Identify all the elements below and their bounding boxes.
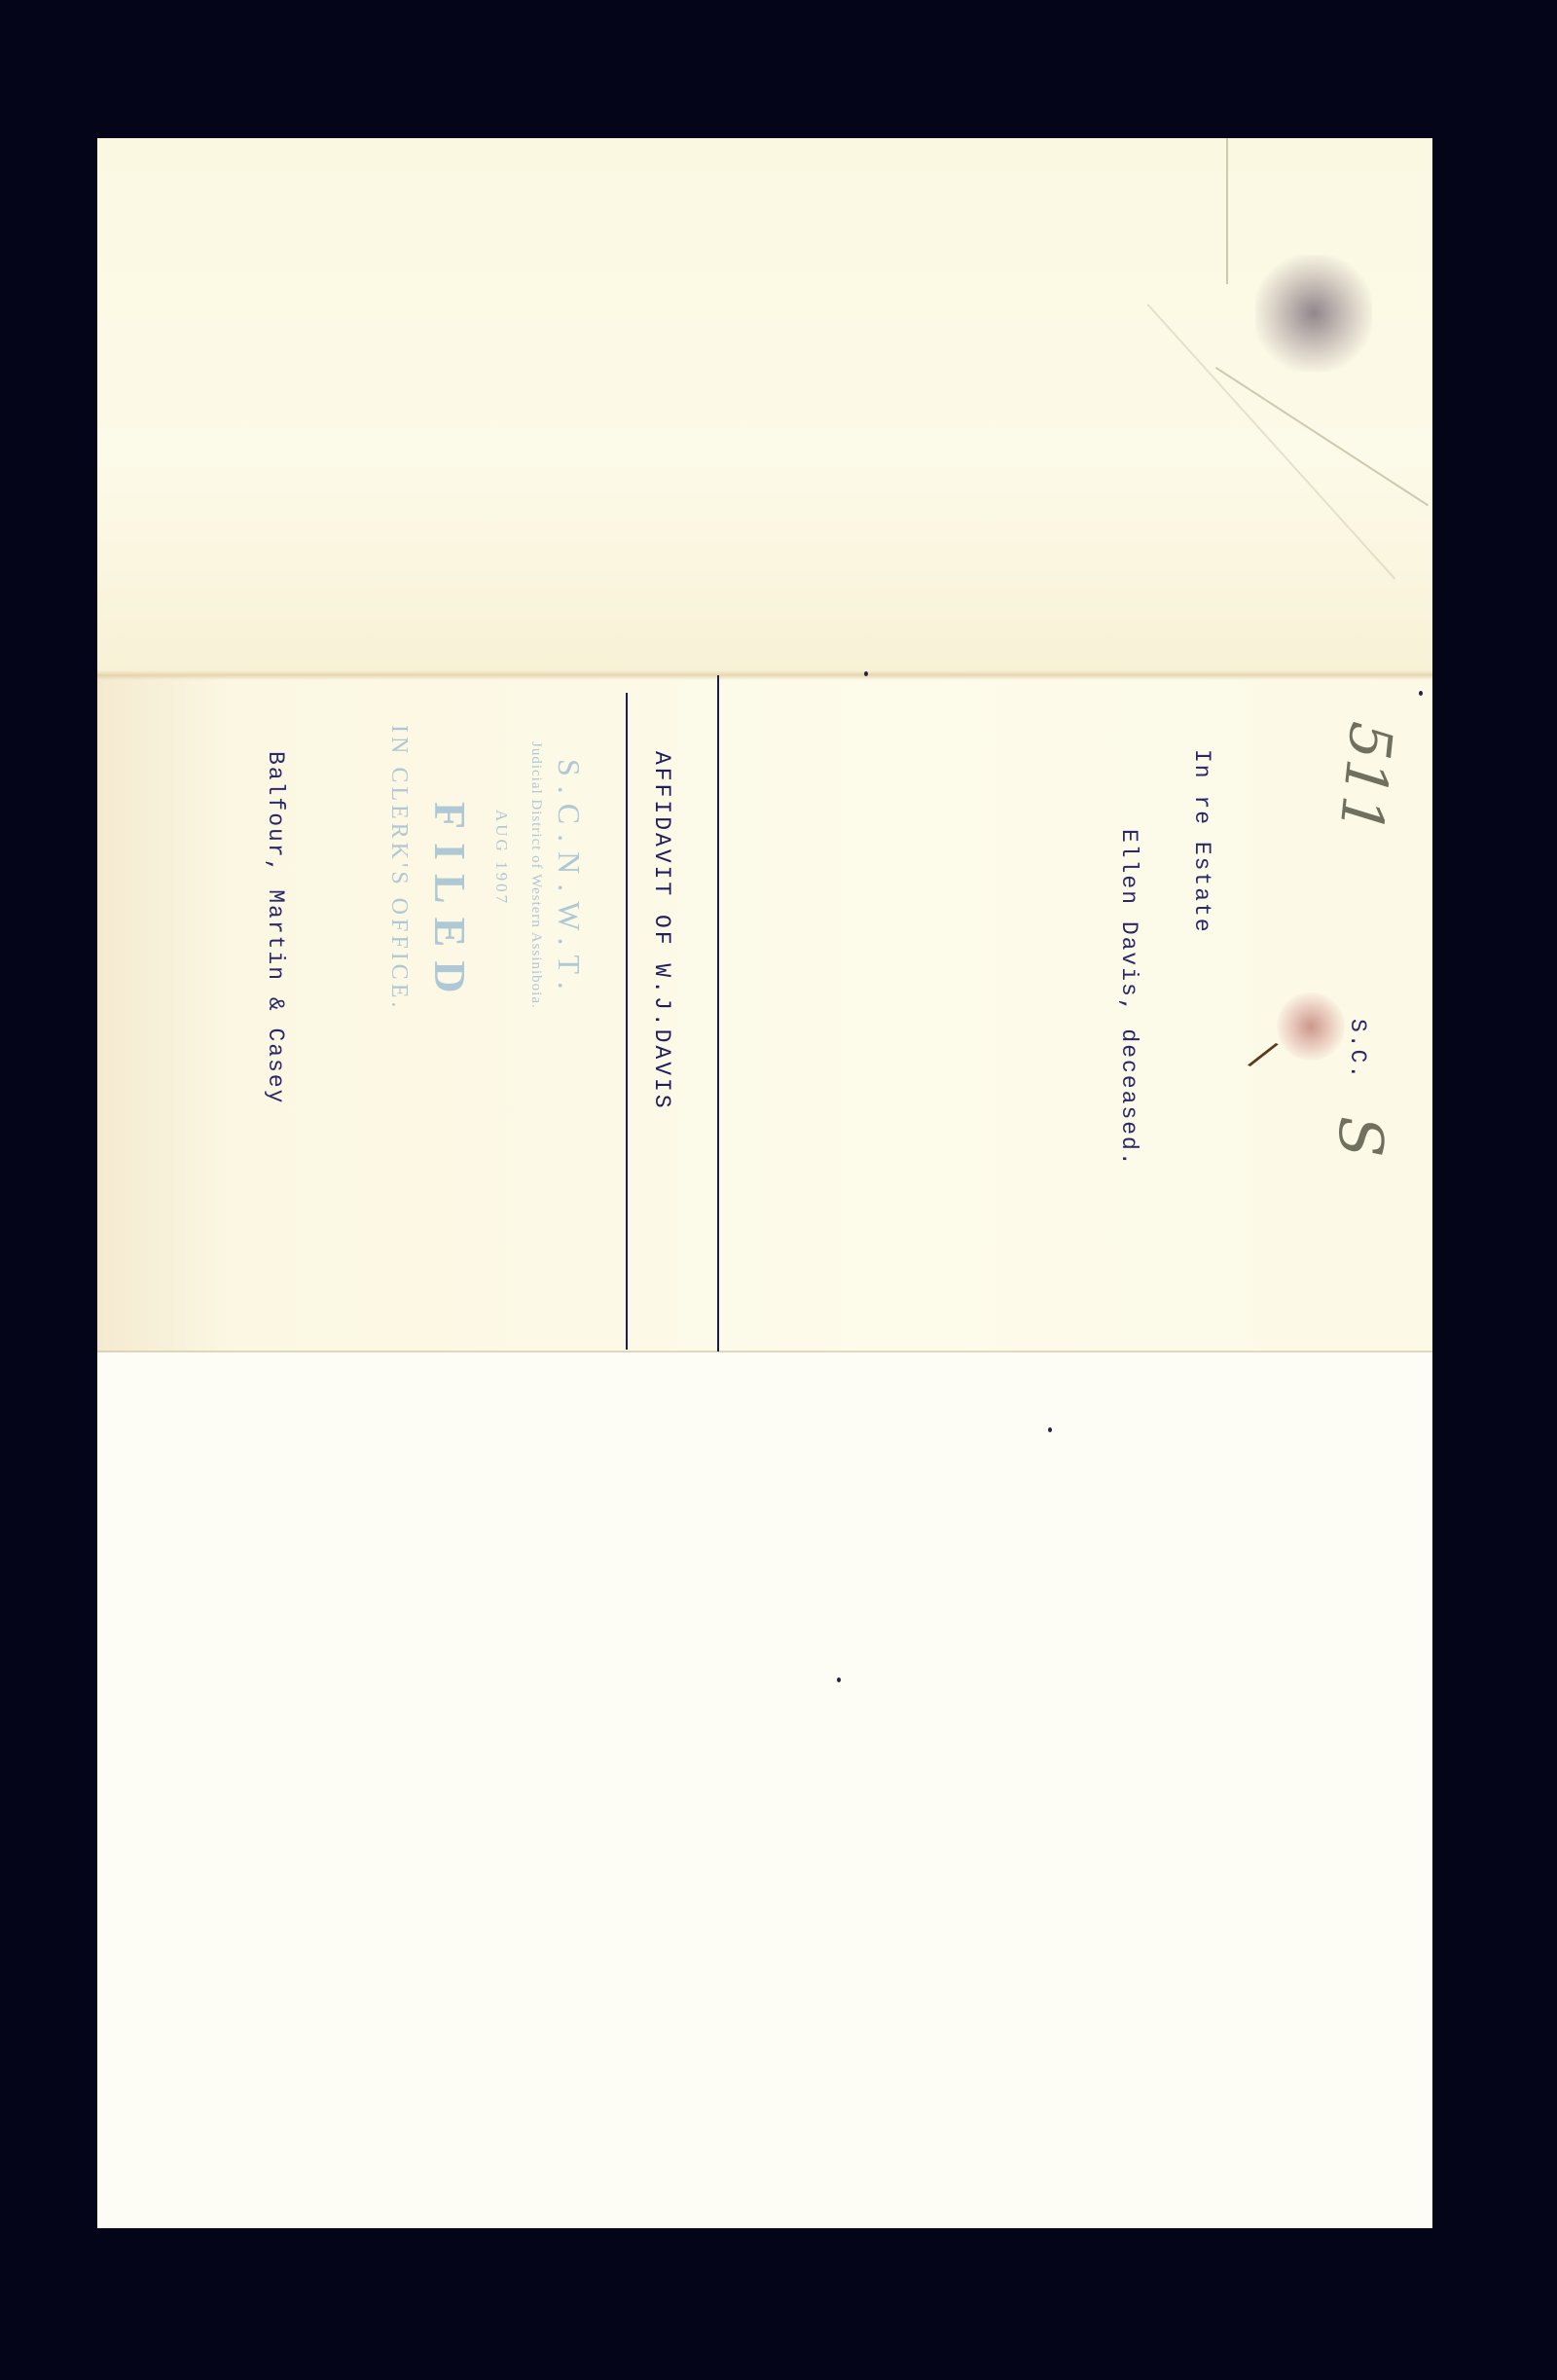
endorsement-panel — [97, 675, 1432, 1352]
crease-vertical — [1226, 138, 1228, 284]
handwritten-letter: S — [1325, 1116, 1396, 1157]
handwritten-file-number: 511 — [1325, 719, 1405, 837]
title-rule-right — [717, 675, 719, 1352]
solicitors-name: Balfour, Martin & Casey — [263, 751, 288, 1104]
stamp-court: S.C.N.W.T. — [551, 759, 587, 999]
speck — [1419, 691, 1423, 696]
stamp-date: AUG 1907 — [491, 810, 511, 906]
back-flap-panel — [97, 138, 1432, 675]
fold-line-upper — [97, 670, 1432, 680]
speck — [837, 1677, 841, 1682]
title-rule-left — [626, 693, 628, 1350]
court-abbreviation: S.C. — [1345, 1019, 1370, 1080]
stamp-filed: FILED — [424, 802, 476, 1007]
stamp-office: IN CLERK'S OFFICE. — [385, 725, 412, 1011]
heading-in-re-estate: In re Estate — [1189, 749, 1214, 934]
folded-document: 511 S.C. / S In re Estate Ellen Davis, d… — [97, 138, 1432, 2228]
document-title: AFFIDAVIT OF W.J.DAVIS — [649, 751, 674, 1111]
stamp-district: Judicial District of Western Assiniboia. — [527, 741, 544, 1009]
heading-estate-name: Ellen Davis, deceased. — [1116, 829, 1141, 1168]
fold-line-lower — [97, 1351, 1432, 1352]
red-wax-spot — [1277, 992, 1345, 1061]
ink-smudge — [1255, 255, 1372, 372]
lower-panel — [97, 1352, 1432, 2228]
speck — [864, 671, 868, 676]
